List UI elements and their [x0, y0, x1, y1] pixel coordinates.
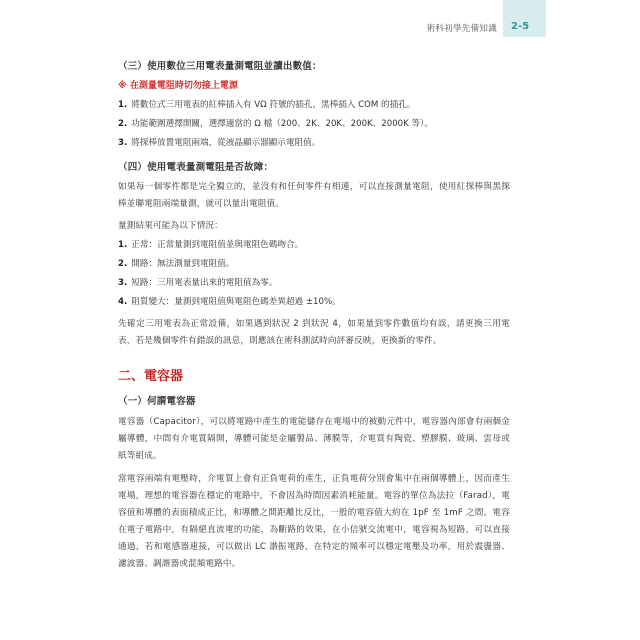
list-item-number: 2.: [118, 259, 127, 269]
list-item: 3.將探棒放置電阻兩端，從液晶顯示器顯示電阻值。: [118, 137, 510, 150]
list-item-number: 4.: [118, 297, 127, 307]
list-item: 1.正常：正常量測到電阻值並與電阻色碼吻合。: [118, 239, 510, 252]
list-item-number: 1.: [118, 240, 127, 250]
list-item: 4.阻質變大：量測到電阻值與電阻色碼差異超過 ±10%。: [118, 296, 510, 309]
section-4-heading: （四）使用電表量測電阻是否故障：: [118, 161, 510, 175]
section-3-heading: （三）使用數位三用電表量測電阻並讀出數值：: [118, 60, 510, 74]
list-item-number: 3.: [118, 278, 127, 288]
steps-list: 1.將數位式三用電表的紅棒插入有 VΩ 符號的插孔，黑棒插入 COM 的插孔。 …: [118, 99, 510, 150]
capacitor-paragraph-2: 當電容兩端有電壓時，介電質上會有正負電荷的產生，正負電荷分別會集中在兩個導體上，…: [118, 471, 510, 573]
section-title-capacitor: 二、電容器: [118, 368, 510, 386]
list-item-text: 短路：三用電表量出來的電阻值為零。: [131, 278, 277, 288]
list-item-text: 功能範圍選擇開關，選擇適當的 Ω 檔（200、2K、20K、200K、2000K…: [131, 119, 433, 129]
list-item: 3.短路：三用電表量出來的電阻值為零。: [118, 277, 510, 290]
capacitor-paragraph-1: 電容器（Capacitor），可以將電路中產生的電能儲存在電場中的被動元件中，電…: [118, 414, 510, 465]
list-item-number: 2.: [118, 119, 127, 129]
list-item-number: 1.: [118, 100, 127, 110]
page-number-tab: 2-5: [503, 0, 546, 37]
list-item: 2.功能範圍選擇開關，選擇適當的 Ω 檔（200、2K、20K、200K、200…: [118, 118, 510, 131]
list-item-number: 3.: [118, 138, 127, 148]
list-item: 1.將數位式三用電表的紅棒插入有 VΩ 符號的插孔，黑棒插入 COM 的插孔。: [118, 99, 510, 112]
results-list: 1.正常：正常量測到電阻值並與電阻色碼吻合。 2.開路：無法測量到電阻值。 3.…: [118, 239, 510, 309]
list-item-text: 開路：無法測量到電阻值。: [131, 259, 234, 269]
list-item-text: 將探棒放置電阻兩端，從液晶顯示器顯示電阻值。: [131, 138, 320, 148]
page-header: 術科初學先備知識 2-5: [0, 0, 640, 40]
list-item-text: 阻質變大：量測到電阻值與電阻色碼差異超過 ±10%。: [131, 297, 341, 307]
list-item: 2.開路：無法測量到電阻值。: [118, 258, 510, 271]
warning-note: ※ 在測量電阻時切勿接上電源: [118, 80, 510, 93]
results-intro: 量測結果可能為以下情況：: [118, 218, 510, 235]
capacitor-sub-heading: （一）何謂電容器: [118, 395, 510, 409]
list-item-text: 正常：正常量測到電阻值並與電阻色碼吻合。: [131, 240, 303, 250]
page-number: 2-5: [511, 21, 529, 32]
section-4-conclusion: 先確定三用電表為正常設備，如果遇到狀況 2 到狀況 4，如果量到零件數值均有誤，…: [118, 316, 510, 350]
section-4-intro: 如果每一個零件都是完全獨立的，並沒有和任何零件有相連，可以直接測量電阻，使用紅探…: [118, 179, 510, 213]
chapter-title: 術科初學先備知識: [427, 22, 497, 34]
list-item-text: 將數位式三用電表的紅棒插入有 VΩ 符號的插孔，黑棒插入 COM 的插孔。: [131, 100, 415, 110]
page-content: （三）使用數位三用電表量測電阻並讀出數值： ※ 在測量電阻時切勿接上電源 1.將…: [118, 60, 510, 573]
